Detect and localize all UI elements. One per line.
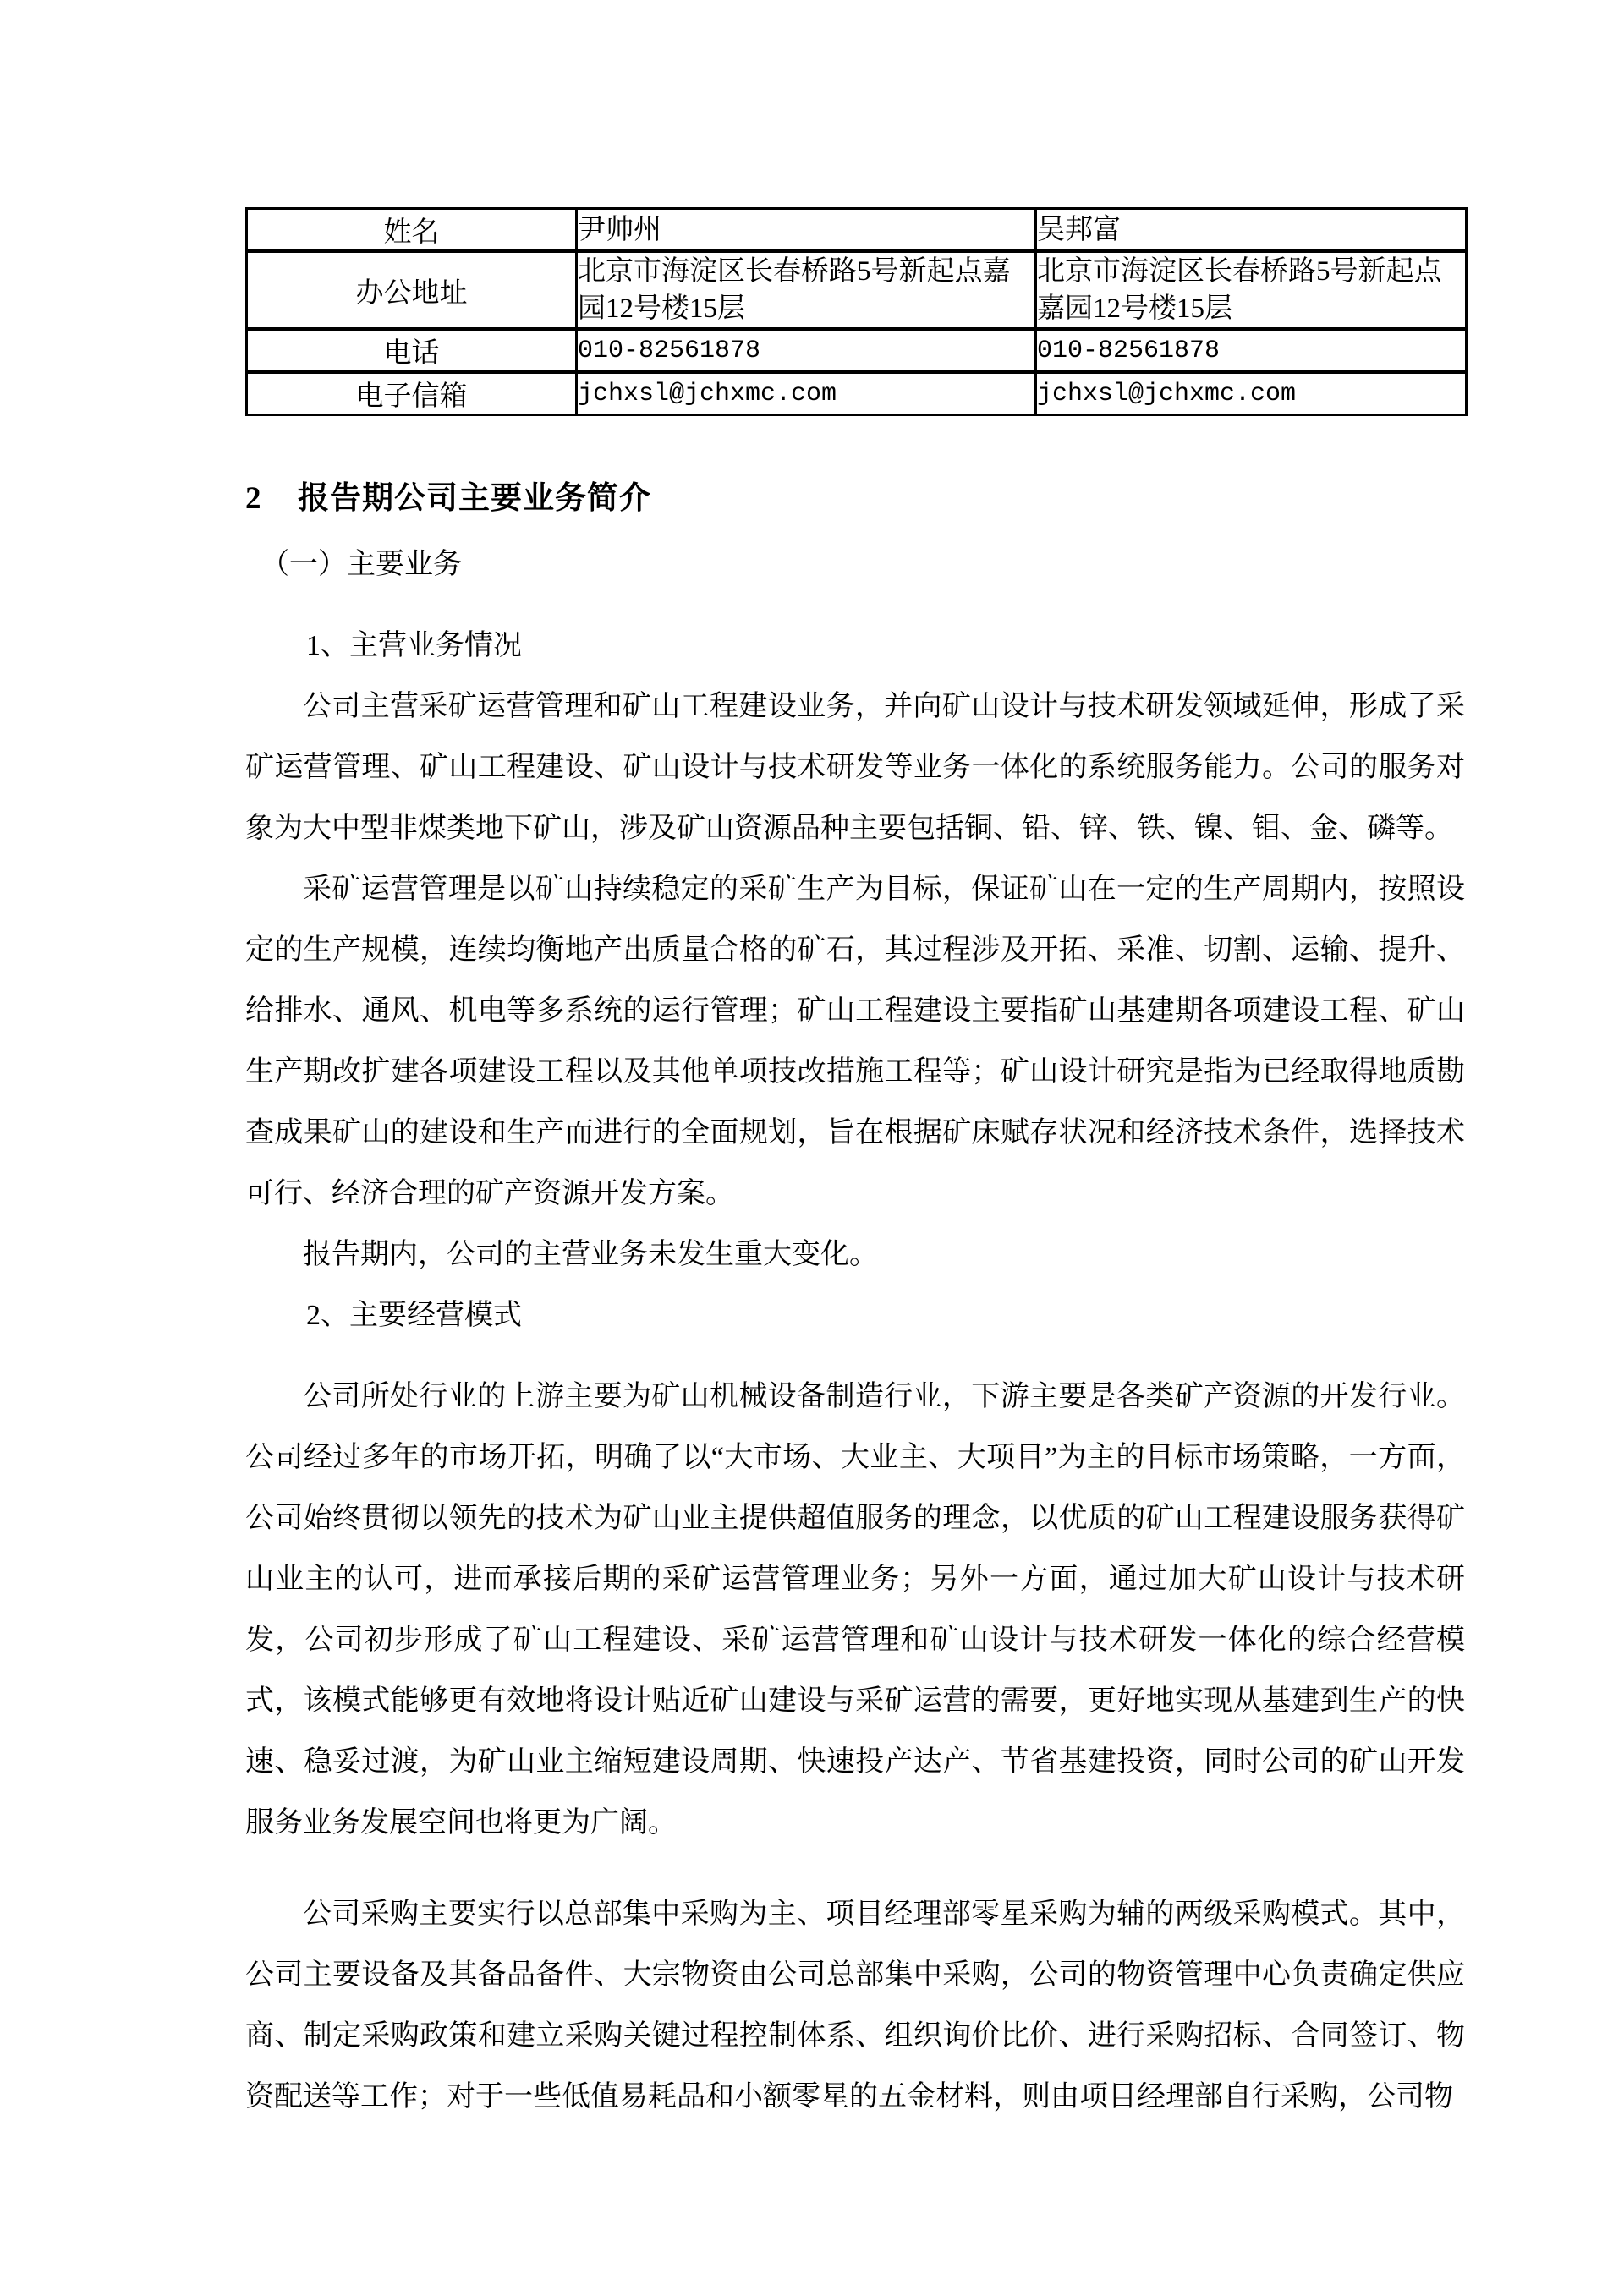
address-label-cell: 办公地址 [247, 251, 577, 329]
paragraph-no-major-change: 报告期内，公司的主营业务未发生重大变化。 [245, 1225, 1465, 1285]
phone-value-cell-1: 010-82561878 [577, 329, 1036, 372]
subheading-item-2: 2、主要经营模式 [245, 1285, 1465, 1346]
page-content: 姓名 尹帅州 吴邦富 办公地址 北京市海淀区长春桥路5号新起点嘉园12号楼15层… [245, 207, 1465, 2128]
section-heading: 2报告期公司主要业务简介 [245, 475, 1465, 523]
section-number: 2 [245, 475, 298, 523]
table-row-address: 办公地址 北京市海淀区长春桥路5号新起点嘉园12号楼15层 北京市海淀区长春桥路… [247, 251, 1467, 329]
table-row-email: 电子信箱 jchxsl@jchxmc.com jchxsl@jchxmc.com [247, 372, 1467, 415]
email-value-cell-1: jchxsl@jchxmc.com [577, 372, 1036, 415]
section-title: 报告期公司主要业务简介 [298, 481, 651, 516]
name-value-cell-1: 尹帅州 [577, 209, 1036, 252]
email-value-cell-2: jchxsl@jchxmc.com [1036, 372, 1467, 415]
document-page: { "document": { "colors": { "text": "#00… [0, 0, 1624, 2296]
subheading-main-business: （一）主要业务 [245, 534, 1465, 595]
address-value-cell-2: 北京市海淀区长春桥路5号新起点嘉园12号楼15层 [1036, 251, 1467, 329]
email-label-cell: 电子信箱 [247, 372, 577, 415]
paragraph-business-overview: 公司主营采矿运营管理和矿山工程建设业务，并向矿山设计与技术研发领域延伸，形成了采… [245, 677, 1465, 859]
table-row-phone: 电话 010-82561878 010-82561878 [247, 329, 1467, 372]
phone-label-cell: 电话 [247, 329, 577, 372]
paragraph-operations-detail: 采矿运营管理是以矿山持续稳定的采矿生产为目标，保证矿山在一定的生产周期内，按照设… [245, 859, 1465, 1225]
table-row-name: 姓名 尹帅州 吴邦富 [247, 209, 1467, 252]
subheading-item-1: 1、主营业务情况 [245, 616, 1465, 677]
contact-table: 姓名 尹帅州 吴邦富 办公地址 北京市海淀区长春桥路5号新起点嘉园12号楼15层… [245, 207, 1468, 416]
paragraph-procurement: 公司采购主要实行以总部集中采购为主、项目经理部零星采购为辅的两级采购模式。其中，… [245, 1884, 1465, 2128]
address-value-cell-1: 北京市海淀区长春桥路5号新起点嘉园12号楼15层 [577, 251, 1036, 329]
name-value-cell-2: 吴邦富 [1036, 209, 1467, 252]
paragraph-business-model: 公司所处行业的上游主要为矿山机械设备制造行业，下游主要是各类矿产资源的开发行业。… [245, 1367, 1465, 1854]
phone-value-cell-2: 010-82561878 [1036, 329, 1467, 372]
name-label-cell: 姓名 [247, 209, 577, 252]
